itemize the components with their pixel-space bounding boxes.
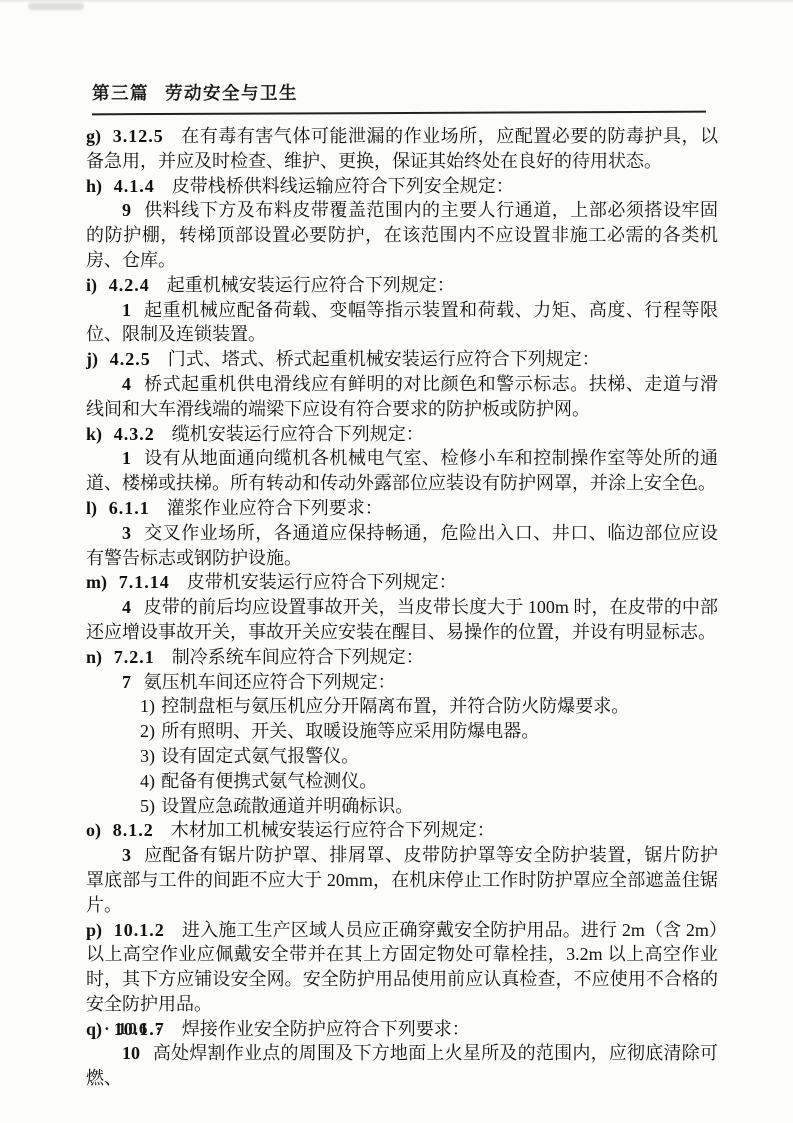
page-header: 第三篇劳动安全与卫生 [92,80,706,114]
paragraph-text: 控制盘柜与氨压机应分开隔离布置，并符合防火防爆要求。 [161,696,629,716]
item-number: 1 [122,448,144,468]
clause-code: 10.1.2 [114,920,182,940]
paragraph-text: 门式、塔式、桥式起重机械安装运行应符合下列规定： [168,349,600,369]
clause-code: 4.1.4 [114,176,172,196]
body-paragraphs: g)3.12.5在有毒有害气体可能泄漏的作业场所，应配置必要的防毒护具，以备急用… [86,124,718,1091]
paragraph-text: 配备有便携式氨气检测仪。 [161,771,377,791]
sub-numbered-item: 4)配备有便携式氨气检测仪。 [86,769,718,794]
document-page: 第三篇劳动安全与卫生 g)3.12.5在有毒有害气体可能泄漏的作业场所，应配置必… [0,0,793,1123]
sub-numbered-item: 1)控制盘柜与氨压机应分开隔离布置，并符合防火防爆要求。 [86,694,718,719]
paragraph-text: 应配备有锯片防护罩、排屑罩、皮带防护罩等安全防护装置，锯片防护罩底部与工件的间距… [86,845,718,915]
header-rule [92,111,706,116]
item-number: 4 [122,374,144,394]
paragraph-text: 起重机械应配备荷载、变幅等指示装置和荷载、力矩、高度、行程等限位、限制及连锁装置… [86,300,718,345]
numbered-item: 10高处焊割作业点的周围及下方地面上火星所及的范围内，应彻底清除可燃、 [86,1041,718,1091]
section-part-label: 第三篇 [92,83,149,103]
sub-numbered-item: 3)设有固定式氨气报警仪。 [86,744,718,769]
clause-letter: g) [86,126,113,146]
numbered-item: 9供料线下方及布料皮带覆盖范围内的主要人行通道，上部必须搭设牢固的防护棚，转梯顶… [86,198,718,272]
paragraph-text: 皮带机安装运行应符合下列规定： [187,572,457,592]
scan-smudge-artifact [28,3,84,10]
numbered-item: 3交叉作业场所，各通道应保持畅通，危险出入口、井口、临边部位应设有警告标志或钢防… [86,521,718,571]
item-number: 7 [122,672,144,692]
clause-letter: p) [86,920,114,940]
clause-paragraph: m)7.1.14皮带机安装运行应符合下列规定： [86,570,718,595]
numbered-item: 1起重机械应配备荷载、变幅等指示装置和荷载、力矩、高度、行程等限位、限制及连锁装… [86,298,718,348]
clause-paragraph: j)4.2.5门式、塔式、桥式起重机械安装运行应符合下列规定： [86,347,718,372]
clause-code: 6.1.1 [109,498,167,518]
clause-code: 7.1.14 [119,572,187,592]
paragraph-text: 设置应急疏散通道并明确标识。 [161,796,413,816]
paragraph-text: 皮带的前后均应设置事故开关，当皮带长度大于 100m 时，在皮带的中部还应增设事… [86,597,718,642]
numbered-item: 4皮带的前后均应设置事故开关，当皮带长度大于 100m 时，在皮带的中部还应增设… [86,595,718,645]
paragraph-text: 缆机安装运行应符合下列规定： [172,424,424,444]
clause-code: 8.1.2 [113,820,171,840]
paragraph-text: 木材加工机械安装运行应符合下列规定： [171,820,495,840]
item-number: 2) [140,721,161,741]
paragraph-text: 供料线下方及布料皮带覆盖范围内的主要人行通道，上部必须搭设牢固的防护棚，转梯顶部… [86,200,718,270]
clause-letter: n) [86,647,114,667]
numbered-item: 3应配备有锯片防护罩、排屑罩、皮带防护罩等安全防护装置，锯片防护罩底部与工件的间… [86,843,718,917]
clause-paragraph: k)4.3.2缆机安装运行应符合下列规定： [86,422,718,447]
item-number: 9 [122,200,144,220]
clause-paragraph: n)7.2.1制冷系统车间应符合下列规定： [86,645,718,670]
section-title: 劳动安全与卫生 [165,83,298,103]
item-number: 3 [122,845,144,865]
numbered-item: 1设有从地面通向缆机各机械电气室、检修小车和控制操作室等处所的通道、楼梯或扶梯。… [86,446,718,496]
clause-letter: l) [86,498,109,518]
clause-code: 4.3.2 [114,424,172,444]
page-number: · 106 · [104,1019,163,1039]
clause-paragraph: i)4.2.4起重机械安装运行应符合下列规定： [86,273,718,298]
clause-letter: i) [86,275,109,295]
paragraph-text: 氨压机车间还应符合下列规定： [144,672,396,692]
paragraph-text: 高处焊割作业点的周围及下方地面上火星所及的范围内，应彻底清除可燃、 [86,1043,718,1088]
numbered-item: 7氨压机车间还应符合下列规定： [86,670,718,695]
paragraph-text: 交叉作业场所，各通道应保持畅通，危险出入口、井口、临边部位应设有警告标志或钢防护… [86,523,718,568]
item-number: 10 [122,1043,153,1063]
item-number: 5) [140,796,161,816]
clause-code: 4.2.4 [109,275,167,295]
item-number: 4) [140,771,161,791]
clause-code: 3.12.5 [113,126,181,146]
clause-letter: m) [86,572,119,592]
clause-letter: j) [86,349,110,369]
running-head: 第三篇劳动安全与卫生 [92,80,706,105]
paragraph-text: 灌浆作业应符合下列要求： [167,498,383,518]
scan-edge-artifact [0,0,793,3]
item-number: 1 [122,300,144,320]
item-number: 1) [140,696,161,716]
paragraph-text: 起重机械安装运行应符合下列规定： [167,275,455,295]
sub-numbered-item: 2)所有照明、开关、取暖设施等应采用防爆电器。 [86,719,718,744]
paragraph-text: 所有照明、开关、取暖设施等应采用防爆电器。 [161,721,539,741]
sub-numbered-item: 5)设置应急疏散通道并明确标识。 [86,794,718,819]
clause-paragraph: l)6.1.1灌浆作业应符合下列要求： [86,496,718,521]
clause-paragraph: o)8.1.2木材加工机械安装运行应符合下列规定： [86,818,718,843]
clause-letter: h) [86,176,114,196]
paragraph-text: 焊接作业安全防护应符合下列要求： [182,1019,470,1039]
clause-letter: o) [86,820,113,840]
paragraph-text: 制冷系统车间应符合下列规定： [172,647,424,667]
paragraph-text: 设有固定式氨气报警仪。 [161,746,359,766]
clause-paragraph: q)10.1.7焊接作业安全防护应符合下列要求： [86,1017,718,1042]
numbered-item: 4桥式起重机供电滑线应有鲜明的对比颜色和警示标志。扶梯、走道与滑线间和大车滑线端… [86,372,718,422]
item-number: 3 [122,523,144,543]
paragraph-text: 在有毒有害气体可能泄漏的作业场所，应配置必要的防毒护具，以备急用，并应及时检查、… [86,126,718,171]
paragraph-text: 桥式起重机供电滑线应有鲜明的对比颜色和警示标志。扶梯、走道与滑线间和大车滑线端的… [86,374,718,419]
paragraph-text: 皮带栈桥供料线运输应符合下列安全规定： [172,176,514,196]
item-number: 4 [122,597,144,617]
clause-paragraph: p)10.1.2进入施工生产区域人员应正确穿戴安全防护用品。进行 2m（含 2m… [86,918,718,1017]
clause-paragraph: g)3.12.5在有毒有害气体可能泄漏的作业场所，应配置必要的防毒护具，以备急用… [86,124,718,174]
clause-letter: k) [86,424,114,444]
paragraph-text: 设有从地面通向缆机各机械电气室、检修小车和控制操作室等处所的通道、楼梯或扶梯。所… [86,448,718,493]
clause-paragraph: h)4.1.4皮带栈桥供料线运输应符合下列安全规定： [86,174,718,199]
clause-code: 4.2.5 [110,349,168,369]
clause-code: 7.2.1 [114,647,172,667]
item-number: 3) [140,746,161,766]
